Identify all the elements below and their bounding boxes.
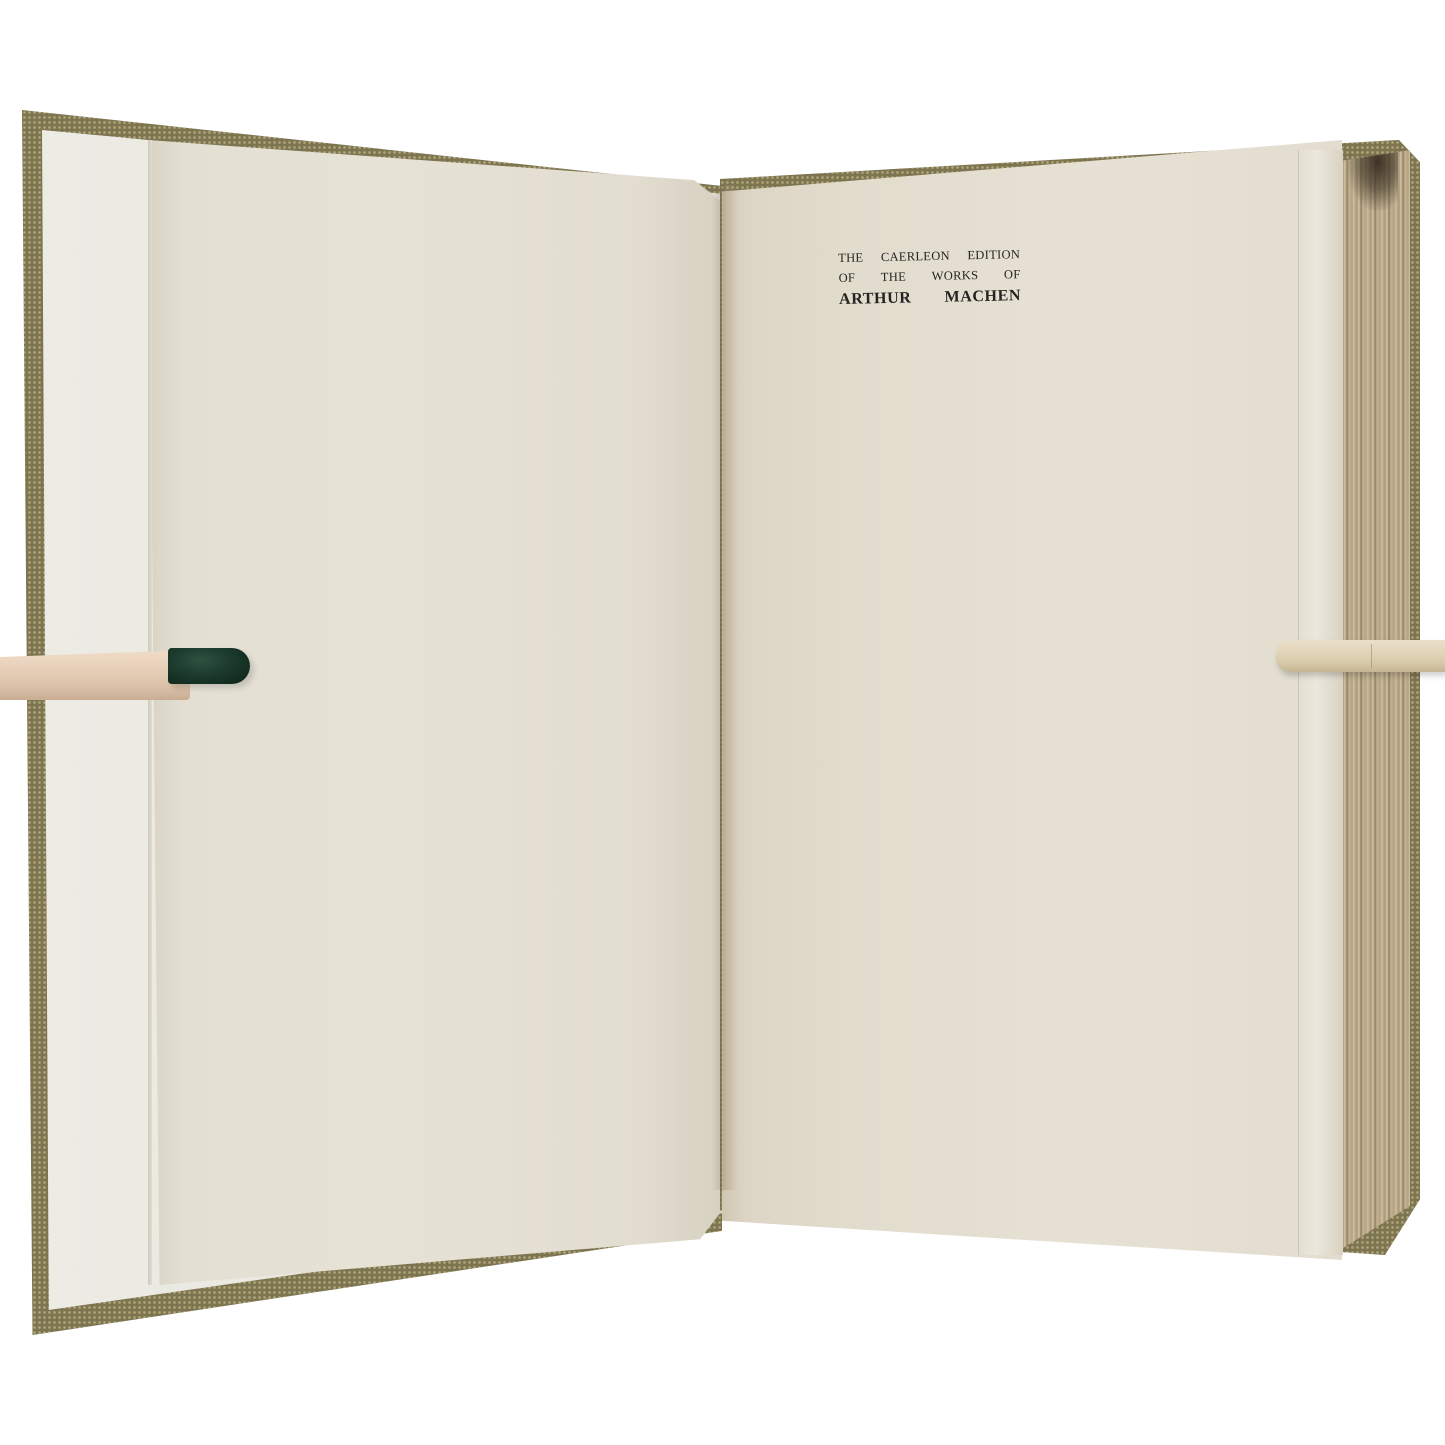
- left-page-edge: [148, 140, 152, 1285]
- right-page-margin-leaf: [1298, 150, 1343, 1255]
- right-wooden-dowel: [1276, 640, 1445, 672]
- book-gutter: [712, 185, 738, 1190]
- half-title-word: THE: [881, 267, 907, 288]
- half-title-line-1: THE CAERLEON EDITION: [838, 244, 1020, 268]
- half-title-word: THE: [838, 247, 864, 268]
- half-title-word: OF: [838, 268, 855, 288]
- deckled-fore-edge: [1340, 150, 1410, 1250]
- author-last-name: MACHEN: [944, 284, 1021, 310]
- left-free-endpaper: [148, 140, 723, 1285]
- half-title-word: CAERLEON: [881, 246, 950, 267]
- left-wooden-pencil: [0, 650, 190, 700]
- pencil-eraser-cap-icon: [168, 648, 250, 684]
- author-first-name: ARTHUR: [839, 286, 912, 312]
- half-title-word: WORKS: [931, 265, 978, 286]
- half-title-word: EDITION: [967, 244, 1020, 265]
- half-title-word: OF: [1004, 264, 1021, 284]
- book-photo: THE CAERLEON EDITION OF THE WORKS OF ART…: [0, 0, 1445, 1445]
- right-half-title-page: [722, 140, 1342, 1260]
- half-title-author: ARTHUR MACHEN: [839, 284, 1021, 312]
- half-title-block: THE CAERLEON EDITION OF THE WORKS OF ART…: [838, 244, 1021, 312]
